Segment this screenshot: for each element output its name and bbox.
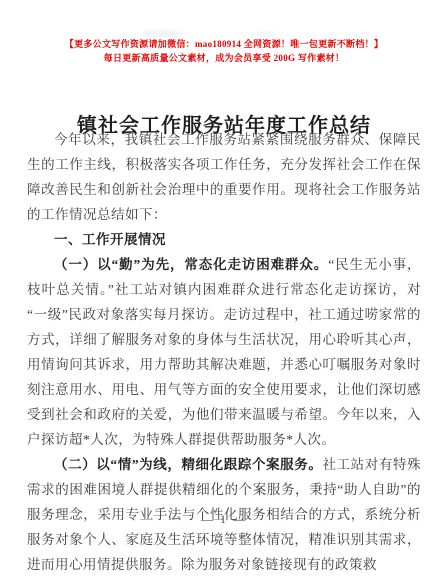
item-1-text: “民生无小事，枝叶总关情。”社工站对镇内困难群众进行常态化走访探访，对“一级”民… [27, 257, 421, 447]
item-2-lead: （二）以“情”为线，精细化跟踪个案服务。 [54, 457, 322, 472]
watermark-line-1: 【更多公文写作资源请加微信：mao180914 全网资源！唯一包更新不断档！】 [0, 38, 448, 52]
page-number: — 1 — [0, 512, 448, 527]
paragraph-item-1: （一）以“勤”为先，常态化走访困难群众。“民生无小事，枝叶总关情。”社工站对镇内… [27, 252, 421, 452]
item-1-lead: （一）以“勤”为先，常态化走访困难群众。 [54, 257, 328, 272]
watermark-banner: 【更多公文写作资源请加微信：mao180914 全网资源！唯一包更新不断档！】 … [0, 38, 448, 65]
scan-artifact [255, 31, 275, 38]
document-body: 今年以来，我镇社会工作服务站紧紧围绕服务群众、保障民生的工作主线，积极落实各项工… [27, 127, 421, 577]
document-page: 【更多公文写作资源请加微信：mao180914 全网资源！唯一包更新不断档！】 … [0, 0, 448, 580]
intro-paragraph: 今年以来，我镇社会工作服务站紧紧围绕服务群众、保障民生的工作主线，积极落实各项工… [27, 127, 421, 227]
section-heading-1: 一、工作开展情况 [27, 227, 421, 252]
scan-artifact [160, 31, 182, 38]
watermark-line-2: 每日更新高质量公文素材，成为会员享受 200G 写作素材！ [0, 52, 448, 66]
